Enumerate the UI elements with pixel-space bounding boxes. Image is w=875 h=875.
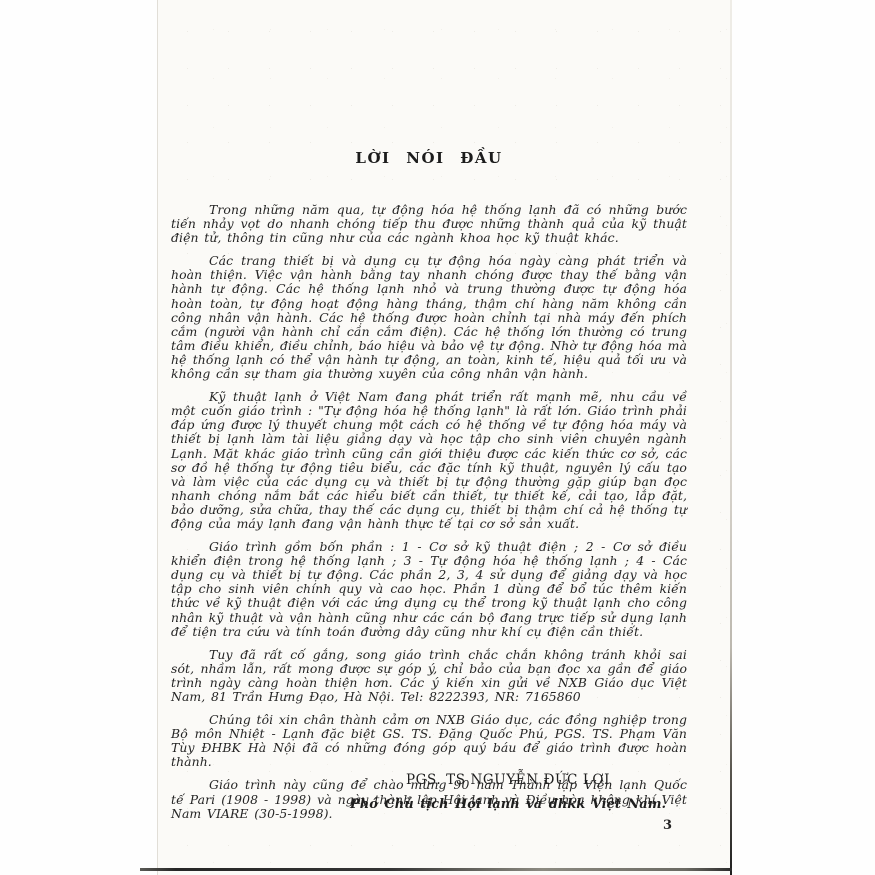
paragraph: Trong những năm qua, tự động hóa hệ thốn… xyxy=(171,203,687,245)
paragraph: Giáo trình gồm bốn phần : 1 - Cơ sở kỹ t… xyxy=(171,540,687,639)
scan-shadow-bottom xyxy=(140,868,732,871)
scanned-page-canvas: LỜI NÓI ĐẦU Trong những năm qua, tự động… xyxy=(0,0,875,875)
signature-block: PGS. TS NGUYỄN ĐỨC LỢI Phó Chủ tịch Hội … xyxy=(318,772,698,812)
paragraph: Kỹ thuật lạnh ở Việt Nam đang phát triển… xyxy=(171,390,687,531)
page-edge-right xyxy=(730,0,732,875)
paragraph: Các trang thiết bị và dụng cụ tự động hó… xyxy=(171,254,687,381)
text-column: LỜI NÓI ĐẦU Trong những năm qua, tự động… xyxy=(171,149,687,821)
paragraph: Tuy đã rất cố gắng, song giáo trình chắc… xyxy=(171,648,687,704)
page-number: 3 xyxy=(663,818,683,833)
page-title: LỜI NÓI ĐẦU xyxy=(171,149,687,167)
signature-role: Phó Chủ tịch Hội lạnh và đhkk Việt Nam. xyxy=(318,797,698,812)
signature-name: PGS. TS NGUYỄN ĐỨC LỢI xyxy=(318,772,698,788)
paragraph: Chúng tôi xin chân thành cảm ơn NXB Giáo… xyxy=(171,713,687,769)
book-page: LỜI NÓI ĐẦU Trong những năm qua, tự động… xyxy=(157,0,732,875)
